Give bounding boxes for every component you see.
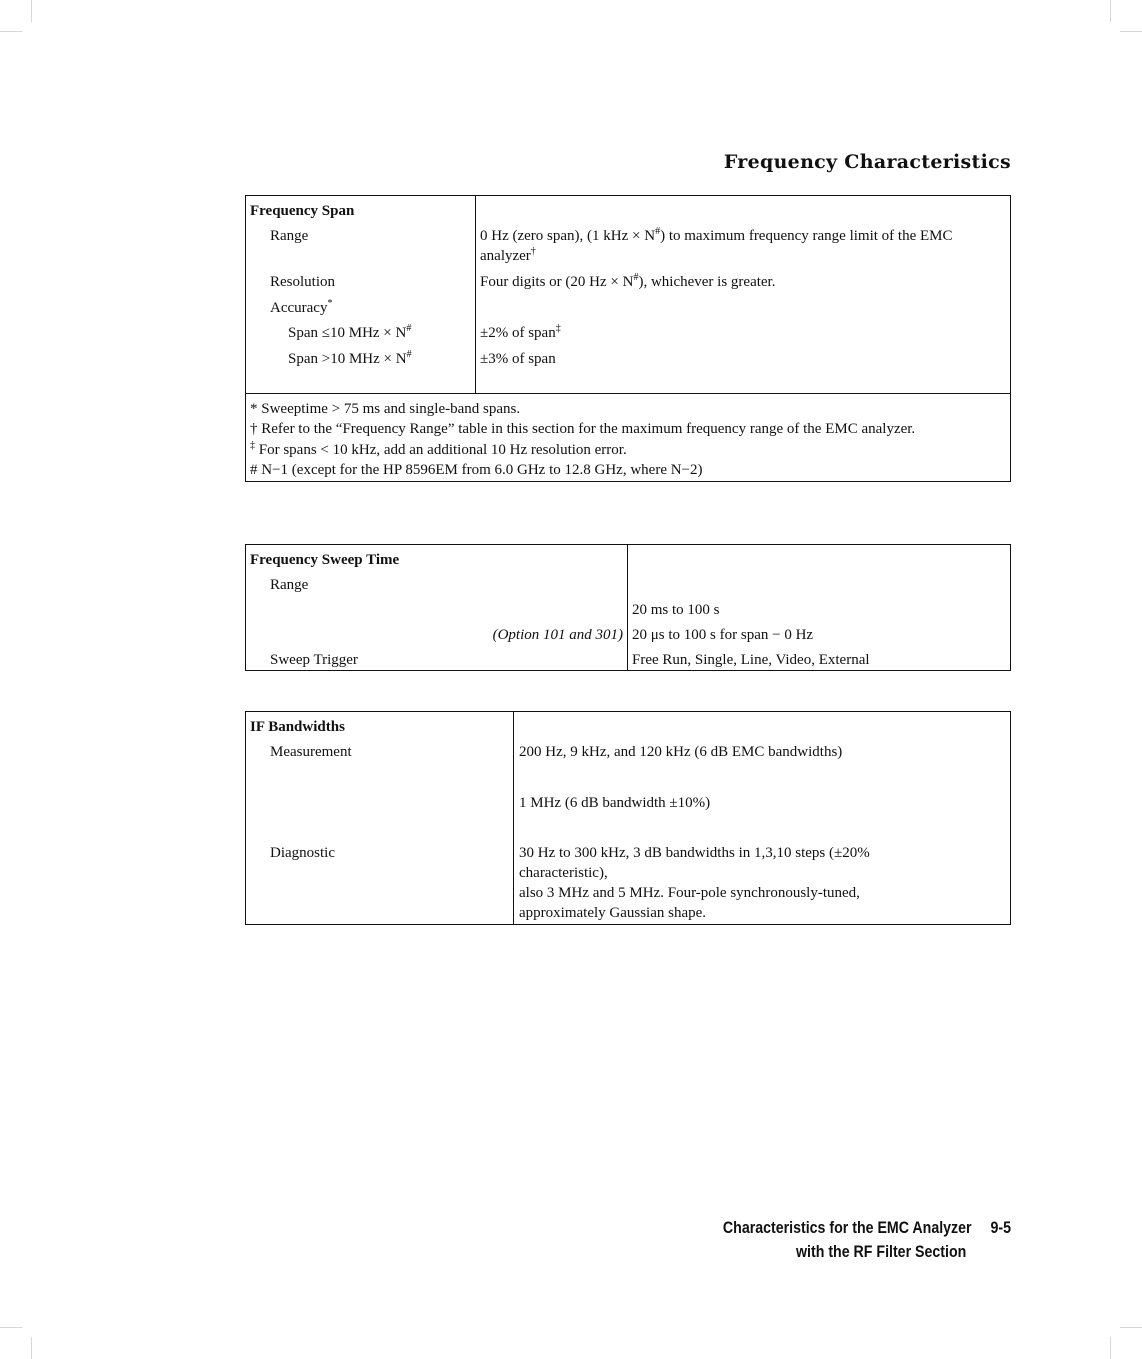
row-label: Diagnostic bbox=[246, 843, 514, 925]
row-value: 20 ms to 100 s bbox=[628, 595, 1011, 620]
row-value: 30 Hz to 300 kHz, 3 dB bandwidths in 1,3… bbox=[514, 843, 1011, 925]
crop-mark bbox=[0, 31, 22, 32]
table-row: Span ≤10 MHz × N# ±2% of span‡ bbox=[246, 318, 1011, 343]
table-row: IF Bandwidths bbox=[246, 712, 1011, 738]
table-row: 20 ms to 100 s bbox=[246, 595, 1011, 620]
table-row: Measurement 200 Hz, 9 kHz, and 120 kHz (… bbox=[246, 737, 1011, 762]
crop-mark bbox=[1120, 31, 1142, 32]
row-value: Free Run, Single, Line, Video, External bbox=[628, 645, 1011, 671]
frequency-span-table: Frequency Span Range 0 Hz (zero span), (… bbox=[245, 195, 1011, 482]
footnote: ‡ For spans < 10 kHz, add an additional … bbox=[250, 440, 1006, 460]
page-title: Frequency Characteristics bbox=[724, 151, 1011, 173]
row-value: Four digits or (20 Hz × N#), whichever i… bbox=[476, 266, 1011, 292]
row-value: 200 Hz, 9 kHz, and 120 kHz (6 dB EMC ban… bbox=[514, 737, 1011, 762]
footnote: † Refer to the “Frequency Range” table i… bbox=[250, 419, 1006, 439]
page-footer: Characteristics for the EMC Analyzer9-5 … bbox=[723, 1216, 1011, 1264]
footnote: # N−1 (except for the HP 8596EM from 6.0… bbox=[250, 460, 1006, 480]
table-row: Frequency Span bbox=[246, 196, 1011, 222]
table-row: Accuracy* bbox=[246, 292, 1011, 318]
row-label: Range bbox=[246, 221, 476, 266]
crop-mark bbox=[31, 0, 32, 22]
row-label: Span ≤10 MHz × N# bbox=[246, 318, 476, 343]
crop-mark bbox=[31, 1337, 32, 1359]
footer-chapter-title: Characteristics for the EMC Analyzer bbox=[723, 1219, 972, 1237]
row-value: 20 μs to 100 s for span − 0 Hz bbox=[628, 620, 1011, 645]
table-row: 1 MHz (6 dB bandwidth ±10%) bbox=[246, 762, 1011, 843]
footer-chapter-subtitle: with the RF Filter Section bbox=[723, 1240, 966, 1264]
row-value: ±2% of span‡ bbox=[476, 318, 1011, 343]
row-label: Accuracy* bbox=[246, 292, 476, 318]
crop-mark bbox=[0, 1327, 22, 1328]
crop-mark bbox=[1120, 1327, 1142, 1328]
table-row: (Option 101 and 301) 20 μs to 100 s for … bbox=[246, 620, 1011, 645]
table-notes: * Sweeptime > 75 ms and single-band span… bbox=[246, 394, 1011, 482]
table-row: Range bbox=[246, 570, 1011, 595]
row-value: 0 Hz (zero span), (1 kHz × N#) to maximu… bbox=[476, 221, 1011, 266]
section-title: IF Bandwidths bbox=[246, 712, 514, 738]
table-row: Resolution Four digits or (20 Hz × N#), … bbox=[246, 266, 1011, 292]
crop-mark bbox=[1110, 0, 1111, 22]
row-label: Measurement bbox=[246, 737, 514, 762]
table-row: Diagnostic 30 Hz to 300 kHz, 3 dB bandwi… bbox=[246, 843, 1011, 925]
row-label: Resolution bbox=[246, 266, 476, 292]
row-value: 1 MHz (6 dB bandwidth ±10%) bbox=[514, 762, 1011, 843]
row-value: ±3% of span bbox=[476, 343, 1011, 394]
section-title: Frequency Sweep Time bbox=[246, 545, 628, 571]
if-bandwidths-table: IF Bandwidths Measurement 200 Hz, 9 kHz,… bbox=[245, 711, 1011, 925]
table-row: Frequency Sweep Time bbox=[246, 545, 1011, 571]
row-label: Span >10 MHz × N# bbox=[246, 343, 476, 394]
table-row: Span >10 MHz × N# ±3% of span bbox=[246, 343, 1011, 394]
option-label: (Option 101 and 301) bbox=[246, 620, 628, 645]
row-label: Range bbox=[246, 570, 628, 595]
section-title: Frequency Span bbox=[246, 196, 476, 222]
crop-mark bbox=[1110, 1337, 1111, 1359]
table-row: Range 0 Hz (zero span), (1 kHz × N#) to … bbox=[246, 221, 1011, 266]
row-label: Sweep Trigger bbox=[246, 645, 628, 671]
footnote: * Sweeptime > 75 ms and single-band span… bbox=[250, 399, 1006, 419]
page-number: 9-5 bbox=[990, 1216, 1011, 1240]
table-row: Sweep Trigger Free Run, Single, Line, Vi… bbox=[246, 645, 1011, 671]
sweep-time-table: Frequency Sweep Time Range 20 ms to 100 … bbox=[245, 544, 1011, 671]
